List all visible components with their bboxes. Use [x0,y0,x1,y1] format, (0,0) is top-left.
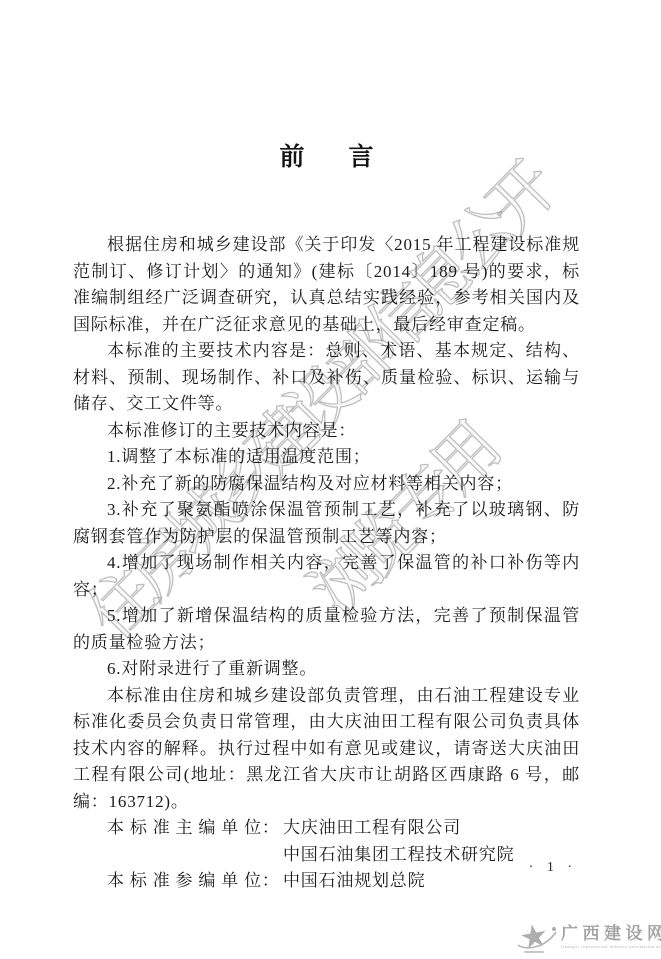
revision-item-4: 4.增加了现场制作相关内容，完善了保温管的补口补伤等内容； [73,550,580,603]
page-title: 前言 [73,142,580,174]
chief-editor-label: 本 标 准 主 编 单 位： [107,815,283,842]
revision-item-1: 1.调整了本标准的适用温度范围； [73,444,580,471]
participant-editor-label: 本 标 准 参 编 单 位： [107,868,283,895]
site-logo-tagline: Guangxi construction industry informatio… [561,944,661,950]
editor-label-spacer [107,842,283,869]
site-logo-text-block: 广西建设网 Guangxi construction industry info… [561,924,661,950]
paragraph-intro: 根据住房和城乡建设部《关于印发〈2015 年工程建设标准规范制订、修订计划〉的通… [73,232,580,338]
revision-item-5: 5.增加了新增保温结构的质量检验方法，完善了预制保温管的质量检验方法； [73,603,580,656]
editors-section: 本 标 准 主 编 单 位： 大庆油田工程有限公司 中国石油集团工程技术研究院 … [73,815,580,895]
revision-item-6: 6.对附录进行了重新调整。 [73,656,580,683]
chief-editor-unit-2: 中国石油集团工程技术研究院 [283,842,514,869]
paragraph-management: 本标准由住房和城乡建设部负责管理，由石油工程建设专业标准化委员会负责日常管理，由… [73,683,580,816]
page-number: · 1 · [529,860,577,876]
revision-item-3: 3.补充了聚氨酯喷涂保温管预制工艺，补充了以玻璃钢、防腐钢套管作为防护层的保温管… [73,497,580,550]
chief-editor-unit-1: 大庆油田工程有限公司 [283,815,461,842]
paragraph-main-contents: 本标准的主要技术内容是：总则、术语、基本规定、结构、材料、预制、现场制作、补口及… [73,338,580,418]
site-logo-name: 广西建设网 [561,924,661,944]
revision-item-2: 2.补充了新的防腐保温结构及对应材料等相关内容； [73,471,580,498]
chief-editor-row-2: 中国石油集团工程技术研究院 [107,842,580,869]
paragraph-revision-intro: 本标准修订的主要技术内容是： [73,418,580,445]
participant-editor-row: 本 标 准 参 编 单 位： 中国石油规划总院 [107,868,580,895]
chief-editor-row: 本 标 准 主 编 单 位： 大庆油田工程有限公司 [107,815,580,842]
site-logo: 广西建设网 Guangxi construction industry info… [517,916,659,958]
document-page: 住房城乡建设部信息公开 浏览专用 前言 根据住房和城乡建设部《关于印发〈2015… [0,0,661,959]
star-logo-icon [517,917,559,957]
document-body: 根据住房和城乡建设部《关于印发〈2015 年工程建设标准规范制订、修订计划〉的通… [73,232,580,895]
participant-editor-unit-1: 中国石油规划总院 [283,868,425,895]
